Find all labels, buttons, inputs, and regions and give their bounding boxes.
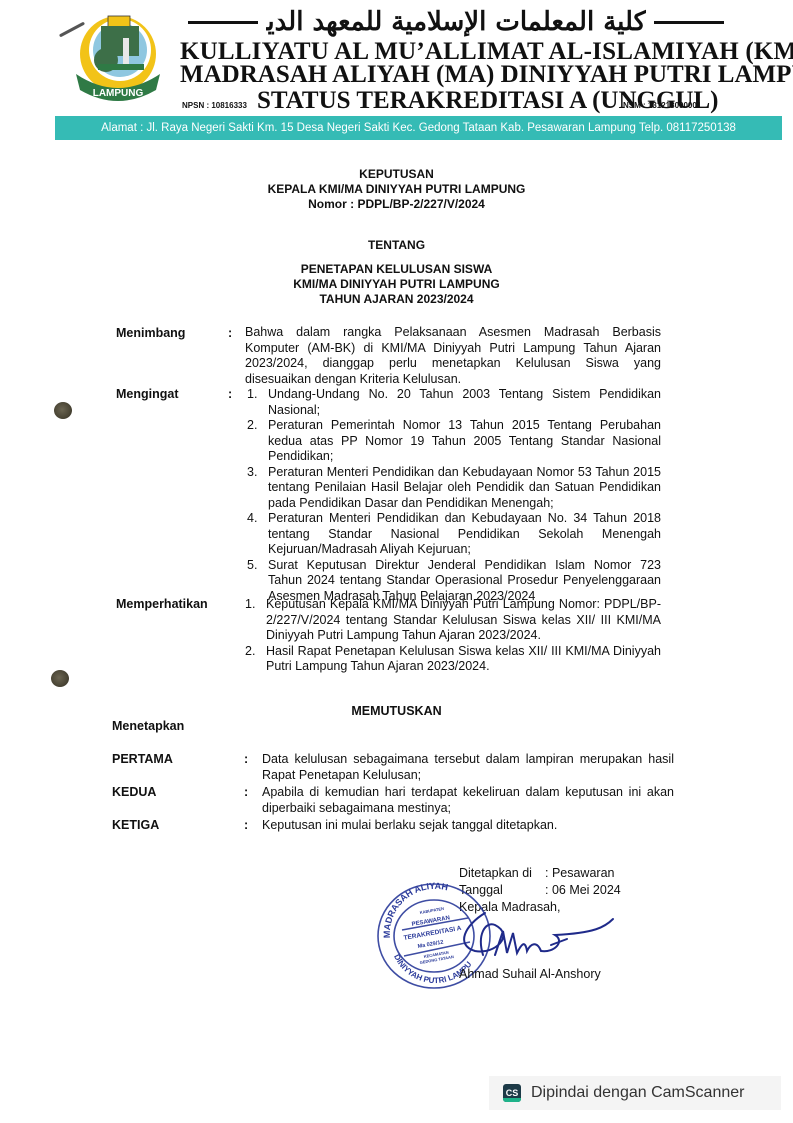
place-value: : Pesawaran: [545, 865, 614, 882]
signatory-name: Ahmad Suhail Al-Anshory: [459, 966, 601, 983]
nsm-number: NSM : 131218090001: [623, 101, 701, 110]
decision-colon: :: [244, 752, 248, 766]
npsn-number: NPSN : 10816333: [182, 101, 247, 110]
memperhatikan-label: Memperhatikan: [116, 597, 208, 611]
divider: [654, 21, 724, 24]
school-logo-icon: LAMPUNG: [68, 8, 168, 108]
svg-text:KABUPATEN: KABUPATEN: [419, 906, 444, 915]
arabic-title-row: كلية المعلمات الإسلامية للمعهد الديني لل…: [188, 6, 724, 38]
issuer: KEPALA KMI/MA DINIYYAH PUTRI LAMPUNG: [0, 182, 793, 196]
mengingat-colon: :: [228, 387, 232, 401]
signature-icon: [455, 905, 615, 975]
list-item: 1.Keputusan Kepala KMI/MA Diniyyah Putri…: [245, 597, 661, 644]
menetapkan-label: Menetapkan: [112, 719, 184, 733]
memperhatikan-list: 1.Keputusan Kepala KMI/MA Diniyyah Putri…: [245, 597, 661, 675]
svg-text:LAMPUNG: LAMPUNG: [93, 88, 144, 99]
tentang-heading: TENTANG: [0, 238, 793, 252]
decision-label-kedua: KEDUA: [112, 785, 156, 799]
camscanner-text: Dipindai dengan CamScanner: [531, 1084, 744, 1102]
punch-hole: [54, 402, 72, 419]
decision-colon: :: [244, 785, 248, 799]
institution-subtitle: MADRASAH ALIYAH (MA) DINIYYAH PUTRI LAMP…: [180, 61, 793, 89]
decision-colon: :: [244, 818, 248, 832]
doc-type: KEPUTUSAN: [0, 167, 793, 181]
decision-label-ketiga: KETIGA: [112, 818, 159, 832]
date-value: : 06 Mei 2024: [545, 882, 621, 899]
decision-text-ketiga: Keputusan ini mulai berlaku sejak tangga…: [262, 818, 674, 834]
camscanner-watermark: CS Dipindai dengan CamScanner: [489, 1076, 781, 1110]
subject-line-3: TAHUN AJARAN 2023/2024: [0, 292, 793, 306]
subject-line-2: KMI/MA DINIYYAH PUTRI LAMPUNG: [0, 277, 793, 291]
divider: [188, 21, 258, 24]
decision-label-pertama: PERTAMA: [112, 752, 173, 766]
list-item: 4.Peraturan Menteri Pendidikan dan Kebud…: [247, 511, 661, 558]
address-bar: Alamat : Jl. Raya Negeri Sakti Km. 15 De…: [55, 116, 782, 140]
subject-line-1: PENETAPAN KELULUSAN SISWA: [0, 262, 793, 276]
arabic-title: كلية المعلمات الإسلامية للمعهد الديني لل…: [266, 7, 646, 37]
punch-hole: [51, 670, 69, 687]
svg-text:PESAWARAN: PESAWARAN: [411, 915, 450, 928]
memutuskan-heading: MEMUTUSKAN: [0, 704, 793, 718]
mengingat-list: 1.Undang-Undang No. 20 Tahun 2003 Tentan…: [247, 387, 661, 604]
menimbang-label: Menimbang: [116, 326, 185, 340]
menimbang-text: Bahwa dalam rangka Pelaksanaan Asesmen M…: [245, 325, 661, 387]
decision-text-kedua: Apabila di kemudian hari terdapat kekeli…: [262, 785, 674, 816]
decision-text-pertama: Data kelulusan sebagaimana tersebut dala…: [262, 752, 674, 783]
camscanner-icon: CS: [503, 1084, 521, 1102]
decree-number: Nomor : PDPL/BP-2/227/V/2024: [0, 197, 793, 211]
list-item: 2.Hasil Rapat Penetapan Kelulusan Siswa …: [245, 644, 661, 675]
menimbang-colon: :: [228, 326, 232, 340]
mengingat-label: Mengingat: [116, 387, 179, 401]
list-item: 1.Undang-Undang No. 20 Tahun 2003 Tentan…: [247, 387, 661, 418]
list-item: 2.Peraturan Pemerintah Nomor 13 Tahun 20…: [247, 418, 661, 465]
list-item: 3.Peraturan Menteri Pendidikan dan Kebud…: [247, 465, 661, 512]
